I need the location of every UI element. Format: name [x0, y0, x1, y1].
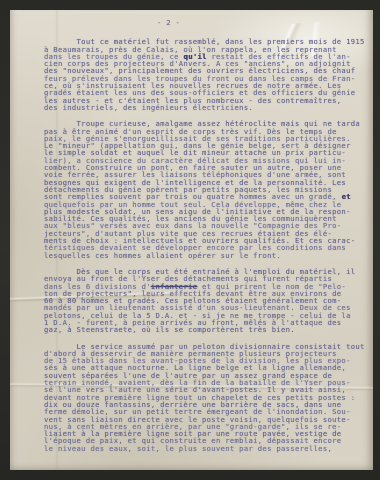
paragraph: Le service assumé par un peloton divisio…: [44, 343, 366, 452]
sheet-content: - 2 - Tout ce matériel fut rassemblé, da…: [44, 19, 366, 461]
paragraph: Dès que le corps eut été entraîné à l'em…: [44, 268, 366, 334]
paragraph: Tout ce matériel fut rassemblé, dans les…: [44, 38, 366, 111]
text-line: le niveau des eaux, soit, le plus souven…: [44, 445, 366, 452]
text-block: Tout ce matériel fut rassemblé, dans les…: [44, 38, 366, 452]
page-number: - 2 -: [44, 19, 366, 26]
scanned-document-photo: { "page": { "number_label": "- 2 -", "pa…: [0, 0, 380, 480]
text-line: des industriels, des ingénieurs électric…: [44, 104, 366, 111]
text-line: gaz, à Steenstraete, où ils se comportèr…: [44, 326, 366, 333]
overtyped-text: et: [341, 192, 350, 201]
text-line: lesquelles ces hommes allaient opérer su…: [44, 252, 366, 259]
typewritten-page: - 2 - Tout ce matériel fut rassemblé, da…: [10, 10, 373, 470]
paragraph: Troupe curieuse, amalgame assez hétérocl…: [44, 120, 366, 259]
